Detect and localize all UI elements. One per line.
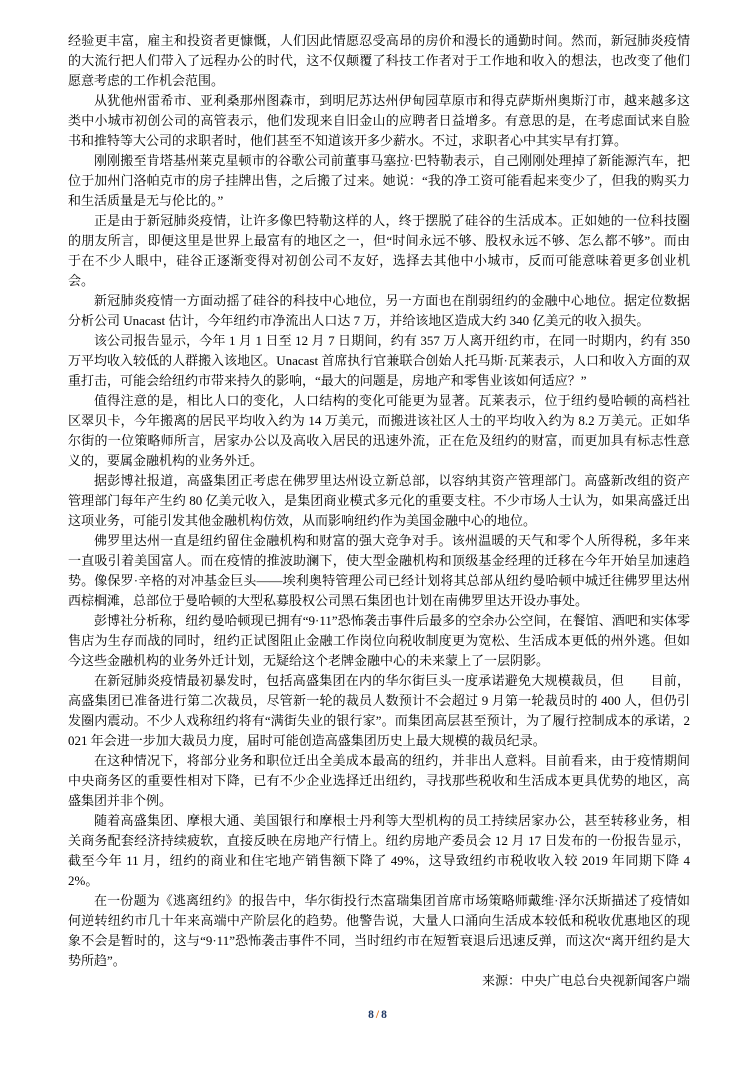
page-number-separator: /: [374, 1009, 381, 1021]
page-number-footer: 8/8: [0, 1007, 755, 1023]
paragraph: 新冠肺炎疫情一方面动摇了硅谷的科技中心地位，另一方面也在削弱纽约的金融中心地位。…: [68, 291, 690, 331]
document-page: 经验更丰富，雇主和投资者更慷慨，人们因此情愿忍受高昂的房价和漫长的通勤时间。然而…: [0, 0, 755, 1072]
source-attribution: 来源：中央广电总台央视新闻客户端: [68, 971, 690, 991]
paragraph: 该公司报告显示，今年 1 月 1 日至 12 月 7 日期间，约有 357 万人…: [68, 331, 690, 391]
article-body: 经验更丰富，雇主和投资者更慷慨，人们因此情愿忍受高昂的房价和漫长的通勤时间。然而…: [68, 31, 690, 991]
paragraph: 在这种情况下，将部分业务和职位迁出全美成本最高的纽约，并非出人意料。目前看来，由…: [68, 751, 690, 811]
paragraph: 佛罗里达州一直是纽约留住金融机构和财富的强大竞争对手。该州温暖的天气和零个人所得…: [68, 531, 690, 611]
paragraph: 刚刚搬至肯塔基州莱克星顿市的谷歌公司前董事马塞拉·巴特勒表示，自己刚刚处理掉了新…: [68, 151, 690, 211]
paragraph: 值得注意的是，相比人口的变化，人口结构的变化可能更为显著。瓦莱表示，位于纽约曼哈…: [68, 391, 690, 471]
paragraph: 经验更丰富，雇主和投资者更慷慨，人们因此情愿忍受高昂的房价和漫长的通勤时间。然而…: [68, 31, 690, 91]
paragraph: 据彭博社报道，高盛集团正考虑在佛罗里达州设立新总部，以容纳其资产管理部门。高盛新…: [68, 471, 690, 531]
paragraph: 在一份题为《逃离纽约》的报告中，华尔街投行杰富瑞集团首席市场策略师戴维·泽尔沃斯…: [68, 891, 690, 971]
paragraph: 从犹他州雷希市、亚利桑那州图森市，到明尼苏达州伊甸园草原市和得克萨斯州奥斯汀市，…: [68, 91, 690, 151]
paragraph: 彭博社分析称，纽约曼哈顿现已拥有“9·11”恐怖袭击事件后最多的空余办公空间，在…: [68, 611, 690, 671]
paragraph: 随着高盛集团、摩根大通、美国银行和摩根士丹利等大型机构的员工持续居家办公，甚至转…: [68, 811, 690, 891]
total-page-number: 8: [381, 1009, 387, 1021]
paragraph: 在新冠肺炎疫情最初暴发时，包括高盛集团在内的华尔街巨头一度承诺避免大规模裁员，但…: [68, 671, 690, 751]
paragraph: 正是由于新冠肺炎疫情，让许多像巴特勒这样的人，终于摆脱了硅谷的生活成本。正如她的…: [68, 211, 690, 291]
